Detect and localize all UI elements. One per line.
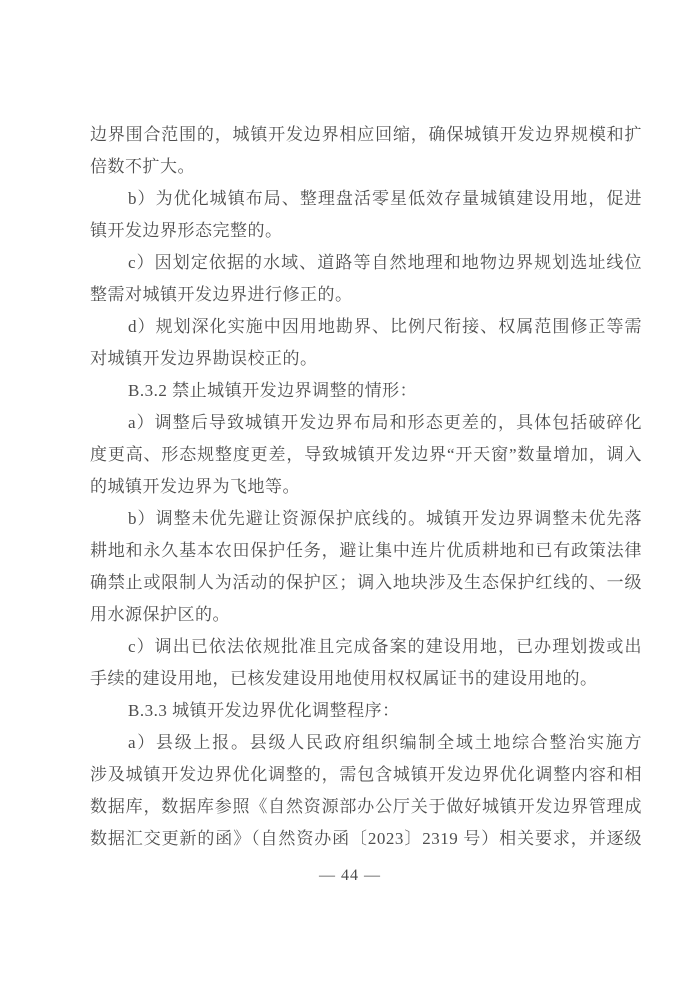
document-text-block: 边界围合范围的，城镇开发边界相应回缩，确保城镇开发边界规模和扩展倍数不扩大。b）…	[90, 119, 642, 855]
text-line: 耕地和永久基本农田保护任务，避让集中连片优质耕地和已有政策法律明	[90, 535, 642, 567]
text-line: b）为优化城镇布局、整理盘活零星低效存量城镇建设用地，促进城	[90, 183, 642, 215]
text-line: B.3.2 禁止城镇开发边界调整的情形：	[90, 375, 642, 407]
text-line: B.3.3 城镇开发边界优化调整程序：	[90, 695, 642, 727]
text-line: 手续的建设用地，已核发建设用地使用权权属证书的建设用地的。	[90, 663, 642, 695]
page-number: — 44 —	[0, 860, 700, 892]
text-line: 镇开发边界形态完整的。	[90, 215, 642, 247]
text-line: 的城镇开发边界为飞地等。	[90, 471, 642, 503]
text-line: 对城镇开发边界勘误校正的。	[90, 343, 642, 375]
text-line: 数据库，数据库参照《自然资源部办公厅关于做好城镇开发边界管理成果	[90, 791, 642, 823]
text-line: 整需对城镇开发边界进行修正的。	[90, 279, 642, 311]
text-line: 度更高、形态规整度更差，导致城镇开发边界“开天窗”数量增加，调入	[90, 439, 642, 471]
text-line: 边界围合范围的，城镇开发边界相应回缩，确保城镇开发边界规模和扩展	[90, 119, 642, 151]
text-line: b）调整未优先避让资源保护底线的。城镇开发边界调整未优先落实	[90, 503, 642, 535]
text-line: 涉及城镇开发边界优化调整的，需包含城镇开发边界优化调整内容和相应	[90, 759, 642, 791]
text-line: a）调整后导致城镇开发边界布局和形态更差的，具体包括破碎化程	[90, 407, 642, 439]
text-line: 确禁止或限制人为活动的保护区；调入地块涉及生态保护红线的、一级饮	[90, 567, 642, 599]
text-line: 倍数不扩大。	[90, 151, 642, 183]
text-line: d）规划深化实施中因用地勘界、比例尺衔接、权属范围修正等需要	[90, 311, 642, 343]
text-line: c）调出已依法依规批准且完成备案的建设用地，已办理划拨或出让	[90, 631, 642, 663]
document-page: 边界围合范围的，城镇开发边界相应回缩，确保城镇开发边界规模和扩展倍数不扩大。b）…	[0, 0, 700, 990]
text-line: 数据汇交更新的函》（自然资办函〔2023〕2319 号）相关要求，并逐级上	[90, 823, 642, 855]
text-line: 用水源保护区的。	[90, 599, 642, 631]
text-line: a）县级上报。县级人民政府组织编制全域土地综合整治实施方案，	[90, 727, 642, 759]
text-line: c）因划定依据的水域、道路等自然地理和地物边界规划选址线位调	[90, 247, 642, 279]
